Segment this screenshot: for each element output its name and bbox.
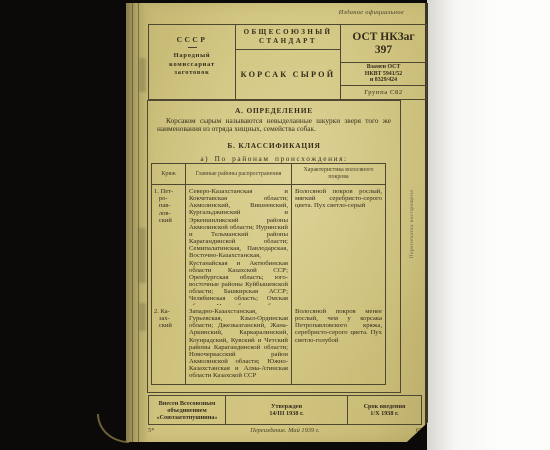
document-title: КОРСАК СЫРОЙ xyxy=(236,50,340,99)
table-row-2-traits: Волосяной покров менее рослый, чем у кор… xyxy=(292,305,385,384)
table-row-2-kryazh: 2. Ка- зах- ский xyxy=(152,305,186,384)
spine-showthrough xyxy=(139,303,146,331)
signature-mark: 5* xyxy=(148,427,154,434)
standard-code-number: 397 xyxy=(341,44,426,57)
column-header-kryazh: Кряж xyxy=(152,164,186,185)
divider-dash xyxy=(188,47,197,48)
group-label: Группа С82 xyxy=(341,86,426,99)
reprint-prohibited-note: Перепечатка воспрещена xyxy=(409,183,415,265)
page-footer: 5* Переиздание. Май 1939 г. 67 xyxy=(148,427,422,434)
book-photo: Издание официальное СССР Народный комисс… xyxy=(0,0,550,450)
table-row-1-regions: Северо-Казахстанская и Кокчетавская обла… xyxy=(186,185,292,305)
column-header-regions: Главные районы распространения xyxy=(186,164,292,185)
standard-header-table: СССР Народный комиссариат заготовок ОБЩЕ… xyxy=(148,24,427,100)
submitted-by-cell: Внесен Всесоюзным объединением «Союззаго… xyxy=(149,396,226,424)
book-page: Издание официальное СССР Народный комисс… xyxy=(126,3,428,442)
definition-heading: А. ОПРЕДЕЛЕНИЕ xyxy=(148,106,400,115)
page-curl-edge xyxy=(97,414,129,443)
classification-table: Кряж Главные районы распространения Хара… xyxy=(151,163,386,385)
photo-backdrop xyxy=(427,0,550,450)
code-cell: ОСТ НКЗаг 397 Взамен ОСТ НКВТ 5941/52 и … xyxy=(341,25,426,99)
definition-text: Корсаком сырым называются невыделанные ш… xyxy=(157,117,391,133)
table-row-1-kryazh: 1. Пет- ро- пав- лов- ский xyxy=(152,185,186,305)
title-cell: ОБЩЕСОЮЗНЫЙ СТАНДАРТ КОРСАК СЫРОЙ xyxy=(236,25,341,99)
page-number: 67 xyxy=(416,427,422,434)
reissue-note: Переиздание. Май 1939 г. xyxy=(250,427,320,434)
effective-date-cell: Срок введения 1/X 1938 г. xyxy=(348,396,421,424)
table-row-1-traits: Волосяной покров рослый, мягкий серебрис… xyxy=(292,185,385,305)
replaces-note: Взамен ОСТ НКВТ 5941/52 и 8329/424 xyxy=(341,63,426,86)
standard-type: ОБЩЕСОЮЗНЫЙ СТАНДАРТ xyxy=(236,25,340,50)
standard-code-label: ОСТ НКЗаг xyxy=(341,31,426,44)
document-body-frame: А. ОПРЕДЕЛЕНИЕ Корсаком сырым называются… xyxy=(147,100,401,393)
spine-showthrough xyxy=(139,58,146,92)
edition-note: Издание официальное xyxy=(339,9,404,16)
country-label: СССР xyxy=(149,35,235,44)
classification-subheading: а) По районам происхождения: xyxy=(148,154,400,163)
approval-table: Внесен Всесоюзным объединением «Союззаго… xyxy=(148,395,422,425)
table-row-2-regions: Западно-Казахстанская, Гурьевская, Кзыл-… xyxy=(186,305,292,384)
issuer-cell: СССР Народный комиссариат заготовок xyxy=(149,25,236,99)
approved-cell: Утвержден 14/III 1938 г. xyxy=(226,396,348,424)
standard-code: ОСТ НКЗаг 397 xyxy=(341,25,426,63)
column-header-traits: Характеристика волосяного покрова xyxy=(292,164,385,185)
issuer-name: Народный комиссариат заготовок xyxy=(149,52,235,78)
classification-heading: Б. КЛАССИФИКАЦИЯ xyxy=(148,141,400,150)
spine-showthrough xyxy=(138,228,146,283)
page-spine-edge xyxy=(126,3,147,442)
